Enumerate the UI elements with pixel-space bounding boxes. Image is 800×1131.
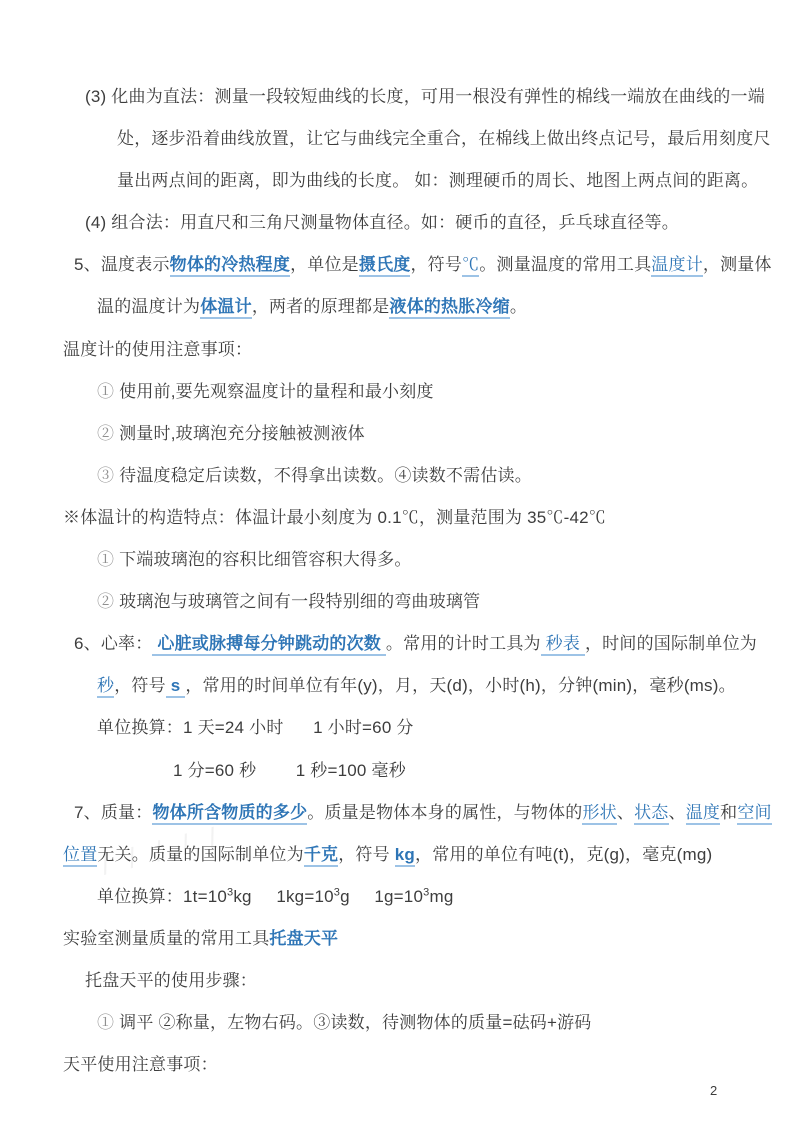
text-run: ，常用的时间单位有年(y)，月，天(d)，小时(h)，分钟(min)，毫秒(ms… <box>185 676 735 695</box>
text-run: 量出两点间的距离，即为曲线的长度。 如：测理硬币的周长、地图上两点间的距离。 <box>117 171 758 190</box>
text-run: 心脏或脉搏每分钟跳动的次数 <box>152 634 385 656</box>
text-line: 量出两点间的距离，即为曲线的长度。 如：测理硬币的周长、地图上两点间的距离。 <box>0 160 800 202</box>
text-run: 1 分=60 秒 1 秒=100 毫秒 <box>173 761 406 780</box>
text-run: 温度 <box>686 803 720 825</box>
text-run: ，单位是 <box>290 255 359 274</box>
text-run: 6、心率： <box>74 634 152 653</box>
text-line: 温度计的使用注意事项： <box>0 329 800 371</box>
text-run: kg <box>395 845 415 867</box>
text-run: 温的温度计为 <box>97 297 200 316</box>
text-run: 下端玻璃泡的容积比细管容积大得多。 <box>114 550 411 569</box>
text-run: 位置 <box>63 845 97 867</box>
text-run: 玻璃泡与玻璃管之间有一段特别细的弯曲玻璃管 <box>114 592 480 611</box>
text-line: 温的温度计为体温计，两者的原理都是液体的热胀冷缩。 <box>0 286 800 328</box>
text-run: s <box>166 676 186 698</box>
text-run: 、 <box>617 803 634 822</box>
text-run: 状态 <box>634 803 668 825</box>
text-run: ② <box>97 592 114 611</box>
text-run: mg <box>429 887 453 906</box>
text-run: ① <box>97 382 114 401</box>
text-run: 温度计的使用注意事项： <box>63 340 252 359</box>
text-run: g 1g=10 <box>340 887 423 906</box>
text-run: 使用前,要先观察温度计的量程和最小刻度 <box>114 382 433 401</box>
text-line: 托盘天平的使用步骤： <box>0 960 800 1002</box>
text-run: 托盘天平 <box>269 929 338 948</box>
text-run: 。质量是物体本身的属性，与物体的 <box>307 803 582 822</box>
document-page: / / / / / (3) 化曲为直法：测量一段较短曲线的长度，可用一根没有弹性… <box>0 0 800 1131</box>
text-run: 单位换算：1t=10 <box>97 887 227 906</box>
text-line: (3) 化曲为直法：测量一段较短曲线的长度，可用一根没有弹性的棉线一端放在曲线的… <box>0 76 800 118</box>
text-run: 液体的热胀冷缩 <box>389 297 509 319</box>
text-run: ※体温计的构造特点：体温计最小刻度为 0.1℃，测量范围为 35℃-42℃ <box>63 508 606 527</box>
text-run: 和 <box>720 803 737 822</box>
text-line: ③ 待温度稳定后读数，不得拿出读数。④读数不需估读。 <box>0 455 800 497</box>
text-line: 1 分=60 秒 1 秒=100 毫秒 <box>0 750 800 792</box>
text-line: 单位换算：1 天=24 小时 1 小时=60 分 <box>0 707 800 749</box>
text-line: ② 测量时,玻璃泡充分接触被测液体 <box>0 413 800 455</box>
text-line: 7、质量：物体所含物质的多少。质量是物体本身的属性，与物体的形状、状态、温度和空… <box>0 792 800 834</box>
text-line: 秒，符号 s ，常用的时间单位有年(y)，月，天(d)，小时(h)，分钟(min… <box>0 665 800 707</box>
text-run: 实验室测量质量的常用工具 <box>63 929 269 948</box>
text-run: 。测量温度的常用工具 <box>479 255 651 274</box>
text-run: kg 1kg=10 <box>233 887 333 906</box>
text-run: 测量时,玻璃泡充分接触被测液体 <box>114 424 365 443</box>
text-run: (3) 化曲为直法：测量一段较短曲线的长度，可用一根没有弹性的棉线一端放在曲线的… <box>85 87 765 106</box>
text-run: 处，逐步沿着曲线放置，让它与曲线完全重合，在棉线上做出终点记号，最后用刻度尺 <box>117 129 771 148</box>
text-run: ，符号 <box>410 255 462 274</box>
text-run: ③ <box>97 466 114 485</box>
text-line: ※体温计的构造特点：体温计最小刻度为 0.1℃，测量范围为 35℃-42℃ <box>0 497 800 539</box>
text-line: ① 下端玻璃泡的容积比细管容积大得多。 <box>0 539 800 581</box>
text-run: ，时间的国际制单位为 <box>585 634 757 653</box>
text-run: 5、温度表示 <box>74 255 170 274</box>
text-line: 6、心率： 心脏或脉搏每分钟跳动的次数 。常用的计时工具为 秒表 ，时间的国际制… <box>0 623 800 665</box>
text-run: ℃ <box>462 255 479 277</box>
text-run: ① <box>97 1013 114 1032</box>
text-run: ，常用的单位有吨(t)，克(g)，毫克(mg) <box>415 845 712 864</box>
text-run: 无关。质量的国际制单位为 <box>97 845 303 864</box>
text-run: (4) 组合法：用直尺和三角尺测量物体直径。如：硬币的直径，乒乓球直径等。 <box>85 213 679 232</box>
text-run: 秒表 <box>541 634 585 656</box>
text-run: 秒 <box>97 676 114 698</box>
text-run: 千克 <box>304 845 338 867</box>
text-run: ，两者的原理都是 <box>252 297 390 316</box>
text-run: 调平 ②称量，左物右码。③读数，待测物体的质量=砝码+游码 <box>114 1013 591 1032</box>
text-run: ，符号 <box>114 676 166 695</box>
document-lines: (3) 化曲为直法：测量一段较短曲线的长度，可用一根没有弹性的棉线一端放在曲线的… <box>0 76 800 1086</box>
text-line: ① 使用前,要先观察温度计的量程和最小刻度 <box>0 371 800 413</box>
text-run: 。 <box>510 297 527 316</box>
page-number: 2 <box>710 1082 717 1100</box>
text-line: 单位换算：1t=103kg 1kg=103g 1g=103mg <box>0 876 800 918</box>
text-run: 空间 <box>737 803 771 825</box>
text-run: 托盘天平的使用步骤： <box>85 971 257 990</box>
text-run: 物体所含物质的多少 <box>152 803 307 825</box>
text-run: 7、质量： <box>74 803 152 822</box>
text-run: 温度计 <box>651 255 703 277</box>
text-line: 位置无关。质量的国际制单位为千克，符号 kg，常用的单位有吨(t)，克(g)，毫… <box>0 834 800 876</box>
text-run: 天平使用注意事项： <box>63 1055 218 1074</box>
text-line: ② 玻璃泡与玻璃管之间有一段特别细的弯曲玻璃管 <box>0 581 800 623</box>
text-run: 摄氏度 <box>359 255 411 277</box>
text-line: 天平使用注意事项： <box>0 1044 800 1086</box>
text-run: ，符号 <box>338 845 395 864</box>
text-run: ，测量体 <box>703 255 772 274</box>
text-run: 、 <box>669 803 686 822</box>
text-run: 。常用的计时工具为 <box>386 634 541 653</box>
text-line: 5、温度表示物体的冷热程度，单位是摄氏度，符号℃。测量温度的常用工具温度计，测量… <box>0 244 800 286</box>
text-run: ① <box>97 550 114 569</box>
text-line: ① 调平 ②称量，左物右码。③读数，待测物体的质量=砝码+游码 <box>0 1002 800 1044</box>
text-run: 物体的冷热程度 <box>170 255 290 277</box>
text-run: 形状 <box>582 803 616 825</box>
text-run: 待温度稳定后读数，不得拿出读数。④读数不需估读。 <box>114 466 532 485</box>
text-run: 单位换算：1 天=24 小时 1 小时=60 分 <box>97 718 414 737</box>
text-run: ② <box>97 424 114 443</box>
text-line: 实验室测量质量的常用工具托盘天平 <box>0 918 800 960</box>
text-line: 处，逐步沿着曲线放置，让它与曲线完全重合，在棉线上做出终点记号，最后用刻度尺 <box>0 118 800 160</box>
text-run: 体温计 <box>200 297 252 319</box>
text-line: (4) 组合法：用直尺和三角尺测量物体直径。如：硬币的直径，乒乓球直径等。 <box>0 202 800 244</box>
